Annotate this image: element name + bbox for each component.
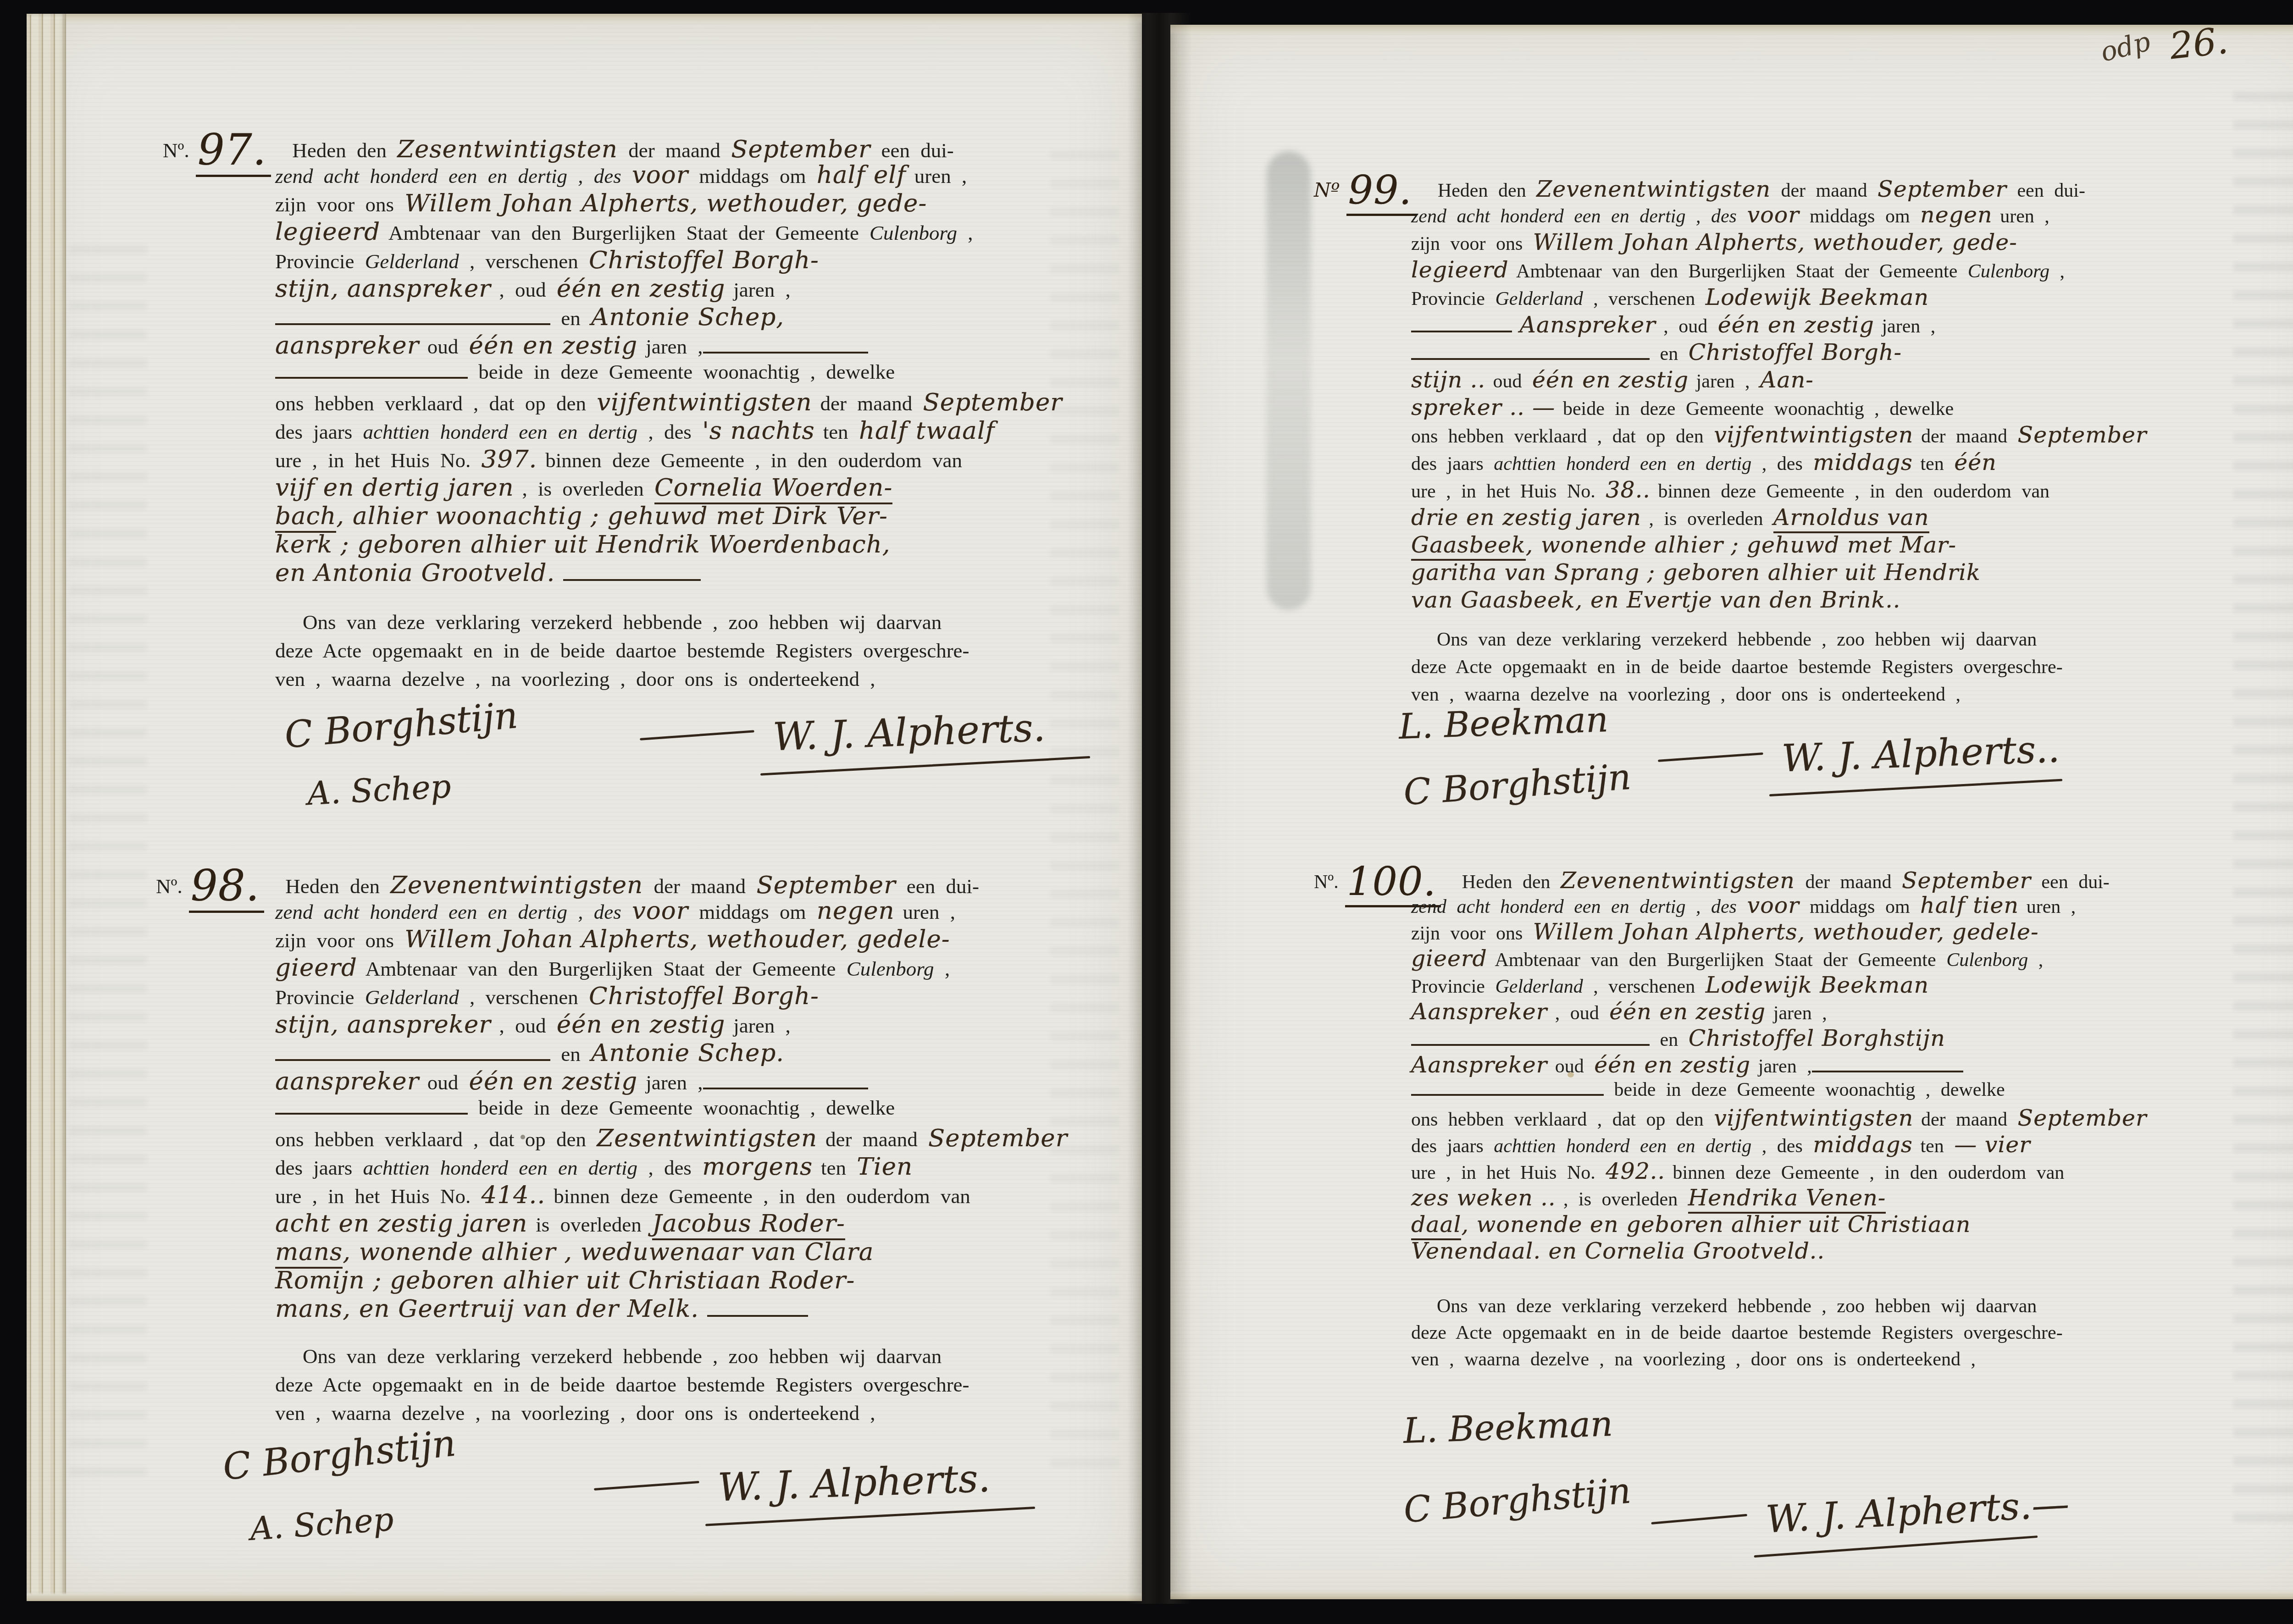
act-100-line-11: des jaars achttien honderd een en dertig… bbox=[1411, 1132, 2031, 1158]
printed-text-italic: Culenborg bbox=[1968, 261, 2049, 282]
act-99-line-10: ons hebben verklaard , dat op den vijfen… bbox=[1411, 423, 2147, 448]
handwritten-text: — vier bbox=[1954, 1132, 2030, 1158]
handwritten-text: Christoffel Borghstijn bbox=[1689, 1025, 1945, 1051]
act-number: 97. bbox=[196, 125, 271, 177]
act-100-line-5: Provincie Gelderland , verschenen Lodewi… bbox=[1411, 973, 1929, 998]
handwritten-text: , wonende alhier ; gehuwd met Mar- bbox=[1526, 532, 1956, 558]
printed-text: beide in deze Gemeente woonachtig , dewe… bbox=[468, 360, 895, 383]
act-98-line-12: ure , in het Huis No. 414.. binnen deze … bbox=[275, 1182, 970, 1209]
act-97-closing-line-3: ven , waarna dezelve , na voorlezing , d… bbox=[275, 668, 875, 690]
act-97-line-11: des jaars achttien honderd een en dertig… bbox=[275, 417, 995, 444]
handwritten-text: voor bbox=[1747, 892, 1799, 918]
blank-fill-rule bbox=[1411, 325, 1512, 332]
act-100-line-10: ons hebben verklaard , dat op den vijfen… bbox=[1411, 1106, 2147, 1131]
handwritten-text: kerk ; geboren alhier uit Hendrik Woerde… bbox=[275, 530, 891, 558]
blank-fill-rule bbox=[1411, 1038, 1650, 1046]
handwritten-text: garitha van Sprang ; geboren alhier uit … bbox=[1411, 559, 1981, 586]
act-98-line-6: stijn, aanspreker , oud één en zestig ja… bbox=[275, 1011, 791, 1038]
printed-text: binnen deze Gemeente , in den ouderdom v… bbox=[545, 449, 962, 472]
printed-text-italic: Gelderland bbox=[365, 986, 459, 1009]
printed-text: Ambtenaar van den Burgerlijken Staat der… bbox=[1516, 261, 1968, 282]
act-98-line-4: gieerd Ambtenaar van den Burgerlijken St… bbox=[275, 954, 950, 981]
printed-text: , des bbox=[1751, 453, 1813, 475]
printed-text-italic: zend acht honderd een en dertig , des bbox=[1411, 896, 1747, 917]
act-97-line-4: legieerd Ambtenaar van den Burgerlijken … bbox=[275, 218, 973, 245]
printed-text: , is overleden bbox=[1649, 508, 1773, 530]
printed-text: middags om bbox=[688, 900, 817, 923]
handwritten-text: van Gaasbeek, en Evertje van den Brink.. bbox=[1411, 587, 1900, 613]
printed-text: jaren , bbox=[733, 278, 790, 301]
page-edge-bottom bbox=[27, 1592, 1142, 1601]
handwritten-text: September bbox=[756, 871, 896, 899]
handwritten-text: Christoffel Borgh- bbox=[1689, 339, 1902, 365]
act-100-closing-line-2: deze Acte opgemaakt en in de beide daart… bbox=[1411, 1322, 2063, 1344]
act-99-line-12: ure , in het Huis No. 38.. binnen deze G… bbox=[1411, 478, 2049, 503]
act-number-label: Nº. bbox=[1314, 872, 1339, 893]
act-98-line-2: zend acht honderd een en dertig , des vo… bbox=[275, 897, 955, 924]
act-97-line-9: beide in deze Gemeente woonachtig , dewe… bbox=[275, 360, 895, 383]
handwritten-name-underlined: Arnoldus van bbox=[1773, 504, 1929, 533]
handwritten-text: Tien bbox=[857, 1153, 913, 1181]
page-edge-stack-left bbox=[27, 14, 66, 1601]
handwritten-text: September bbox=[731, 135, 870, 163]
act-97-line-6: stijn, aanspreker , oud één en zestig ja… bbox=[275, 275, 791, 302]
handwritten-text: legieerd bbox=[1411, 257, 1516, 283]
handwritten-text: 38.. bbox=[1606, 477, 1658, 503]
printed-text: des jaars bbox=[1411, 1136, 1494, 1157]
printed-text: ons hebben verklaard , dat op den bbox=[1411, 1109, 1714, 1130]
printed-text: jaren , bbox=[1758, 1056, 1812, 1077]
handwritten-text: , wonende alhier , weduwenaar van Clara bbox=[343, 1238, 874, 1266]
act-99-line-16: van Gaasbeek, en Evertje van den Brink.. bbox=[1411, 588, 1900, 613]
act-98-closing-line-1: Ons van deze verklaring verzekerd hebben… bbox=[303, 1345, 942, 1368]
printed-text: , verschenen bbox=[459, 250, 589, 273]
printed-text: , oud bbox=[499, 278, 557, 301]
printed-text-italic: Culenborg bbox=[870, 221, 957, 244]
folio-number: 26. bbox=[2168, 19, 2230, 68]
printed-text: en bbox=[1650, 343, 1689, 365]
act-99-line-7: en Christoffel Borgh- bbox=[1411, 340, 1902, 365]
printed-text: jaren , bbox=[1773, 1003, 1827, 1024]
act-number: 98. bbox=[189, 861, 265, 913]
act-99-line-14: Gaasbeek, wonende alhier ; gehuwd met Ma… bbox=[1411, 533, 1956, 558]
printed-text: , bbox=[2049, 261, 2065, 282]
handwritten-text: drie en zestig jaren bbox=[1411, 504, 1649, 530]
act-100-closing-line-3: ven , waarna dezelve , na voorlezing , d… bbox=[1411, 1349, 1976, 1370]
handwritten-name-underlined: Jacobus Roder- bbox=[652, 1210, 845, 1240]
printed-text: uren , bbox=[914, 165, 967, 188]
printed-text: , verschenen bbox=[1583, 976, 1706, 997]
printed-text: binnen deze Gemeente , in den ouderdom v… bbox=[1673, 1162, 2065, 1183]
printed-text: Provincie bbox=[1411, 976, 1495, 997]
handwritten-text: Antonie Schep. bbox=[591, 1039, 784, 1067]
printed-text-italic: zend acht honderd een en dertig , des bbox=[275, 900, 632, 923]
handwritten-text: één en zestig bbox=[469, 331, 646, 359]
handwritten-text: voor bbox=[1747, 202, 1799, 228]
handwritten-text: Zevenentwintigsten bbox=[1536, 176, 1771, 202]
printed-text: ten bbox=[1920, 453, 1954, 475]
ink-smudge bbox=[1267, 151, 1311, 610]
printed-text: der maand bbox=[1921, 1109, 2018, 1130]
printed-text: beide in deze Gemeente woonachtig , dewe… bbox=[468, 1096, 895, 1119]
act-98-closing-line-3: ven , waarna dezelve , na voorlezing , d… bbox=[275, 1402, 875, 1425]
act-100-line-7: en Christoffel Borghstijn bbox=[1411, 1026, 1945, 1051]
printed-text-italic: Culenborg bbox=[1946, 950, 2028, 971]
handwritten-text: September bbox=[2018, 1105, 2147, 1131]
handwritten-text: Lodewijk Beekman bbox=[1706, 284, 1929, 310]
printed-text: uren , bbox=[903, 900, 955, 923]
printed-text: is overleden bbox=[536, 1213, 652, 1236]
act-97-closing-line-2: deze Acte opgemaakt en in de beide daart… bbox=[275, 639, 969, 662]
act-number: 99. bbox=[1346, 168, 1417, 216]
handwritten-text: Willem Johan Alpherts, wethouder, gedele… bbox=[1533, 919, 2039, 945]
printed-text: der maand bbox=[1795, 872, 1902, 893]
printed-text: een dui- bbox=[870, 139, 953, 162]
printed-text: , oud bbox=[1555, 1003, 1610, 1024]
printed-text: binnen deze Gemeente , in den ouderdom v… bbox=[1658, 481, 2049, 502]
printed-text: , verschenen bbox=[1583, 288, 1706, 309]
act-97-line-5: Provincie Gelderland , verschenen Christ… bbox=[275, 247, 819, 274]
printed-text: een dui- bbox=[2007, 180, 2085, 201]
handwritten-text: September bbox=[2018, 422, 2147, 448]
printed-text: oud bbox=[1493, 371, 1533, 392]
printed-text: , des bbox=[1751, 1136, 1813, 1157]
printed-text: ten bbox=[1920, 1136, 1954, 1157]
handwritten-text: negen bbox=[1920, 202, 2000, 228]
handwritten-text: , alhier woonachtig ; gehuwd met Dirk Ve… bbox=[336, 502, 888, 530]
act-100-line-14: daal, wonende en geboren alhier uit Chri… bbox=[1411, 1212, 1971, 1237]
handwritten-text: één en zestig bbox=[1594, 1052, 1758, 1078]
handwritten-text: stijn, aanspreker bbox=[275, 275, 499, 303]
printed-text: ons hebben verklaard , dat op den bbox=[275, 1128, 597, 1151]
handwritten-text: half twaalf bbox=[859, 417, 995, 445]
handwritten-text: Aan- bbox=[1760, 367, 1814, 393]
handwritten-text: Aanspreker bbox=[1411, 999, 1555, 1025]
act-97-line-2: zend acht honderd een en dertig , des vo… bbox=[275, 161, 967, 188]
printed-text: Heden den bbox=[1438, 180, 1536, 201]
handwritten-text: voor bbox=[632, 897, 688, 925]
printed-text: zijn voor ons bbox=[275, 193, 404, 216]
act-97-line-14: bach, alhier woonachtig ; gehuwd met Dir… bbox=[275, 503, 888, 530]
printed-text: , is overleden bbox=[522, 477, 654, 500]
handwritten-text: vijfentwintigsten bbox=[597, 388, 820, 416]
act-99-line-5: Provincie Gelderland , verschenen Lodewi… bbox=[1411, 285, 1929, 310]
printed-text: ons hebben verklaard , dat op den bbox=[1411, 426, 1714, 447]
blank-fill-rule bbox=[275, 1054, 550, 1061]
handwritten-name-underlined: Hendrika Venen- bbox=[1688, 1185, 1886, 1214]
act-97-line-3: zijn voor ons Willem Johan Alpherts, wet… bbox=[275, 190, 927, 217]
printed-text: een dui- bbox=[896, 875, 979, 898]
act-100-line-12: ure , in het Huis No. 492.. binnen deze … bbox=[1411, 1159, 2064, 1184]
printed-text: zijn voor ons bbox=[1411, 923, 1533, 944]
handwritten-text: voor bbox=[632, 161, 688, 189]
printed-text: binnen deze Gemeente , in den ouderdom v… bbox=[554, 1185, 970, 1208]
printed-text: jaren , bbox=[733, 1014, 790, 1037]
act-100-line-2: zend acht honderd een en dertig , des vo… bbox=[1411, 893, 2076, 918]
handwritten-text: spreker .. — bbox=[1411, 394, 1563, 420]
handwritten-text: middags bbox=[1813, 449, 1920, 475]
signature-l-beekman: L. Beekman bbox=[1398, 699, 1609, 747]
printed-text-italic: achttien honderd een en dertig bbox=[1494, 1136, 1751, 1157]
handwritten-text: Antonie Schep, bbox=[591, 303, 784, 331]
printed-text-italic: zend acht honderd een en dertig , des bbox=[275, 165, 632, 188]
act-100-line-9: beide in deze Gemeente woonachtig , dewe… bbox=[1411, 1079, 2005, 1101]
act-number-label: Nº bbox=[1314, 179, 1340, 201]
handwritten-name-underlined: daal bbox=[1411, 1211, 1461, 1240]
act-97-line-8: aanspreker oud één en zestig jaren , bbox=[275, 332, 868, 359]
handwritten-text: mans, en Geertruij van der Melk. bbox=[275, 1295, 707, 1323]
printed-text-italic: Gelderland bbox=[1495, 288, 1583, 309]
act-100-line-15: Venendaal. en Cornelia Grootveld.. bbox=[1411, 1239, 1825, 1264]
handwritten-text: één en zestig bbox=[557, 275, 734, 303]
handwritten-text: half elf bbox=[817, 161, 914, 189]
act-100-line-13: zes weken .. , is overleden Hendrika Ven… bbox=[1411, 1186, 1886, 1211]
handwritten-name-underlined: mans bbox=[275, 1238, 343, 1269]
printed-text: Ambtenaar van den Burgerlijken Staat der… bbox=[1495, 950, 1946, 971]
handwritten-text: gieerd bbox=[275, 954, 366, 982]
handwritten-text: 's nachts bbox=[702, 417, 823, 445]
act-97-line-13: vijf en dertig jaren , is overleden Corn… bbox=[275, 474, 892, 501]
printed-text: Heden den bbox=[285, 875, 390, 898]
blank-fill-rule bbox=[1812, 1065, 1963, 1072]
printed-text: ure , in het Huis No. bbox=[275, 1185, 481, 1208]
printed-text: ten bbox=[821, 1156, 857, 1179]
printed-text: , is overleden bbox=[1563, 1189, 1688, 1210]
printed-text: , bbox=[957, 221, 973, 244]
printed-text: des jaars bbox=[275, 1156, 363, 1179]
printed-text: een dui- bbox=[2031, 872, 2110, 893]
blank-fill-rule bbox=[707, 1309, 808, 1317]
printed-text-italic: achttien honderd een en dertig bbox=[363, 1156, 637, 1179]
blank-fill-rule bbox=[275, 1107, 468, 1115]
printed-text: ons hebben verklaard , dat op den bbox=[275, 392, 597, 415]
act-100-line-6: Aanspreker , oud één en zestig jaren , bbox=[1411, 1000, 1827, 1025]
printed-text: Ambtenaar van den Burgerlijken Staat der… bbox=[388, 221, 870, 244]
handwritten-name-underlined: Gaasbeek bbox=[1411, 532, 1526, 561]
blank-fill-rule bbox=[275, 371, 468, 379]
act-100-line-8: Aanspreker oud één en zestig jaren , bbox=[1411, 1053, 1963, 1078]
handwritten-text: stijn, aanspreker bbox=[275, 1011, 499, 1038]
handwritten-text: één en zestig bbox=[469, 1067, 646, 1095]
handwritten-text: Willem Johan Alpherts, wethouder, gede- bbox=[404, 189, 927, 217]
handwritten-text: September bbox=[1878, 176, 2007, 202]
printed-text: zijn voor ons bbox=[275, 929, 404, 952]
handwritten-text: gieerd bbox=[1411, 945, 1495, 972]
handwritten-text: September bbox=[928, 1124, 1068, 1152]
printed-text: ure , in het Huis No. bbox=[1411, 1162, 1606, 1183]
printed-text: jaren , bbox=[646, 335, 703, 358]
act-99-line-3: zijn voor ons Willem Johan Alpherts, wet… bbox=[1411, 230, 2017, 255]
act-98-line-10: ons hebben verklaard , dat op den Zesent… bbox=[275, 1125, 1068, 1152]
handwritten-text: één en zestig bbox=[1718, 312, 1882, 338]
printed-text: jaren , bbox=[1696, 371, 1760, 392]
handwritten-text: , wonende en geboren alhier uit Christia… bbox=[1461, 1211, 1971, 1237]
handwritten-text: Willem Johan Alpherts, wethouder, gedele… bbox=[404, 925, 950, 953]
printed-text: Heden den bbox=[292, 139, 397, 162]
handwritten-text: half tien bbox=[1920, 892, 2027, 918]
printed-text: beide in deze Gemeente woonachtig , dewe… bbox=[1604, 1079, 2005, 1100]
act-99-closing-line-1: Ons van deze verklaring verzekerd hebben… bbox=[1437, 629, 2037, 651]
act-99-closing-line-2: deze Acte opgemaakt en in de beide daart… bbox=[1411, 657, 2063, 678]
handwritten-text: Zevenentwintigsten bbox=[390, 871, 643, 899]
printed-text: uren , bbox=[2027, 896, 2076, 917]
act-98-line-15: Romijn ; geboren alhier uit Christiaan R… bbox=[275, 1267, 855, 1294]
handwritten-text: aanspreker bbox=[275, 1067, 427, 1095]
handwritten-text: stijn .. bbox=[1411, 367, 1493, 393]
handwritten-text: 397. bbox=[481, 445, 545, 473]
handwritten-text: aanspreker bbox=[275, 331, 427, 359]
act-97-line-16: en Antonia Grootveld. bbox=[275, 559, 701, 586]
handwritten-text: acht en zestig jaren bbox=[275, 1210, 536, 1237]
handwritten-text: morgens bbox=[702, 1153, 821, 1181]
act-99-line-8: stijn .. oud één en zestig jaren , Aan- bbox=[1411, 368, 1814, 393]
act-97-line-12: ure , in het Huis No. 397. binnen deze G… bbox=[275, 446, 962, 473]
act-97-line-15: kerk ; geboren alhier uit Hendrik Woerde… bbox=[275, 531, 891, 558]
handwritten-text: Christoffel Borgh- bbox=[589, 982, 819, 1010]
folio-annotation: odp bbox=[2097, 26, 2153, 68]
handwritten-name-underlined: Cornelia Woerden- bbox=[654, 474, 892, 504]
handwritten-text: Venendaal. en Cornelia Grootveld.. bbox=[1411, 1238, 1825, 1264]
handwritten-text: Zevenentwintigsten bbox=[1561, 867, 1795, 894]
handwritten-text: en Antonia Grootveld. bbox=[275, 559, 563, 587]
printed-text-italic: Culenborg bbox=[847, 957, 934, 980]
printed-text: der maand bbox=[1771, 180, 1878, 201]
printed-text: , oud bbox=[1663, 316, 1718, 337]
signature-w-j-alpherts: W. J. Alpherts. bbox=[772, 705, 1046, 760]
printed-text: middags om bbox=[688, 165, 817, 188]
act-99-line-15: garitha van Sprang ; geboren alhier uit … bbox=[1411, 560, 1981, 586]
folio-header: odp26. bbox=[2100, 22, 2228, 65]
handwritten-text: één en zestig bbox=[557, 1011, 734, 1038]
printed-text-italic: achttien honderd een en dertig bbox=[363, 420, 637, 443]
printed-text: Provincie bbox=[275, 250, 365, 273]
printed-text: jaren , bbox=[1882, 316, 1935, 337]
printed-text: uren , bbox=[2000, 206, 2049, 227]
printed-text: oud bbox=[427, 335, 469, 358]
printed-text: oud bbox=[1555, 1056, 1595, 1077]
printed-text: ure , in het Huis No. bbox=[275, 449, 481, 472]
signature-l-beekman: L. Beekman bbox=[1403, 1403, 1614, 1451]
printed-text: Heden den bbox=[1462, 872, 1561, 893]
act-98-line-14: mans, wonende alhier , weduwenaar van Cl… bbox=[275, 1238, 874, 1265]
handwritten-text: 414.. bbox=[481, 1181, 554, 1209]
act-99-line-2: zend acht honderd een en dertig , des vo… bbox=[1411, 203, 2049, 228]
printed-text: der maand bbox=[825, 1128, 928, 1151]
handwritten-text: één en zestig bbox=[1532, 367, 1696, 393]
printed-text-italic: achttien honderd een en dertig bbox=[1494, 453, 1751, 475]
act-99-line-11: des jaars achttien honderd een en dertig… bbox=[1411, 450, 1997, 475]
blank-fill-rule bbox=[703, 1082, 868, 1089]
printed-text-italic: zend acht honderd een en dertig , des bbox=[1411, 206, 1747, 227]
handwritten-text: vijf en dertig jaren bbox=[275, 474, 522, 502]
printed-text: middags om bbox=[1800, 896, 1921, 917]
printed-text: en bbox=[1650, 1029, 1689, 1050]
printed-text: Provincie bbox=[275, 986, 365, 1009]
act-number-label: Nº. bbox=[156, 875, 183, 898]
signature-a-schep: A. Schep bbox=[306, 768, 452, 812]
act-100-line-3: zijn voor ons Willem Johan Alpherts, wet… bbox=[1411, 920, 2039, 945]
act-98-closing-line-2: deze Acte opgemaakt en in de beide daart… bbox=[275, 1373, 969, 1396]
printed-text: der maand bbox=[618, 139, 731, 162]
handwritten-text: één en zestig bbox=[1609, 999, 1773, 1025]
act-98-line-11: des jaars achttien honderd een en dertig… bbox=[275, 1153, 913, 1180]
printed-text: der maand bbox=[1921, 426, 2018, 447]
register-book-scan: odp26. Nº.97.Heden den Zesentwintigsten … bbox=[0, 0, 2293, 1624]
act-97-line-10: ons hebben verklaard , dat op den vijfen… bbox=[275, 389, 1063, 416]
handwritten-text: Zesentwintigsten bbox=[397, 135, 618, 163]
signature-w-j-alpherts: W. J. Alpherts. bbox=[717, 1456, 991, 1510]
handwritten-text: middags bbox=[1813, 1132, 1920, 1158]
printed-text: oud bbox=[427, 1071, 469, 1094]
blank-fill-rule bbox=[563, 574, 701, 581]
blank-fill-rule bbox=[703, 346, 868, 354]
printed-text: , verschenen bbox=[459, 986, 589, 1009]
printed-text: ten bbox=[823, 420, 859, 443]
handwritten-text: September bbox=[923, 388, 1062, 416]
act-98-line-7: en Antonie Schep. bbox=[275, 1039, 784, 1066]
printed-text: , bbox=[934, 957, 950, 980]
page-edge-bottom bbox=[1170, 1590, 2293, 1599]
blank-fill-rule bbox=[275, 318, 550, 325]
printed-text-italic: Gelderland bbox=[1495, 976, 1583, 997]
printed-text: , bbox=[2028, 950, 2043, 971]
printed-text: middags om bbox=[1800, 206, 1921, 227]
handwritten-text: legieerd bbox=[275, 218, 388, 246]
act-100-line-4: gieerd Ambtenaar van den Burgerlijken St… bbox=[1411, 946, 2043, 972]
printed-text: zijn voor ons bbox=[1411, 233, 1533, 254]
act-98-line-13: acht en zestig jaren is overleden Jacobu… bbox=[275, 1210, 845, 1237]
handwritten-text: Aanspreker bbox=[1512, 312, 1663, 338]
blank-fill-rule bbox=[1411, 353, 1650, 360]
handwritten-name-underlined: bach bbox=[275, 502, 336, 533]
printed-text: , des bbox=[637, 1156, 702, 1179]
act-99-line-6: Aanspreker , oud één en zestig jaren , bbox=[1411, 313, 1935, 338]
printed-text: en bbox=[550, 1043, 591, 1066]
handwritten-text: zes weken .. bbox=[1411, 1185, 1563, 1211]
handwritten-text: één bbox=[1954, 449, 1997, 475]
printed-text-italic: Gelderland bbox=[365, 250, 459, 273]
printed-text: , des bbox=[637, 420, 702, 443]
act-98-line-16: mans, en Geertruij van der Melk. bbox=[275, 1295, 808, 1322]
handwritten-text: Lodewijk Beekman bbox=[1706, 972, 1929, 998]
handwritten-text: Zesentwintigsten bbox=[597, 1124, 825, 1152]
handwritten-text: 492.. bbox=[1606, 1158, 1673, 1184]
printed-text: en bbox=[550, 307, 591, 330]
handwritten-text: Christoffel Borgh- bbox=[589, 246, 819, 274]
page-edge-top bbox=[27, 14, 1142, 25]
printed-text: der maand bbox=[820, 392, 923, 415]
printed-text: jaren , bbox=[646, 1071, 703, 1094]
blank-fill-rule bbox=[1411, 1088, 1604, 1096]
act-99-line-4: legieerd Ambtenaar van den Burgerlijken … bbox=[1411, 258, 2065, 283]
printed-text: der maand bbox=[643, 875, 756, 898]
act-100-closing-line-1: Ons van deze verklaring verzekerd hebben… bbox=[1437, 1296, 2037, 1317]
act-number-label: Nº. bbox=[163, 139, 189, 162]
handwritten-text: vijfentwintigsten bbox=[1714, 422, 1921, 448]
handwritten-text: negen bbox=[817, 897, 903, 925]
act-99-line-13: drie en zestig jaren , is overleden Arno… bbox=[1411, 505, 1929, 530]
printed-text: ure , in het Huis No. bbox=[1411, 481, 1606, 502]
printed-text: beide in deze Gemeente woonachtig , dewe… bbox=[1563, 398, 1954, 420]
printed-text: des jaars bbox=[1411, 453, 1494, 475]
handwritten-text: Romijn ; geboren alhier uit Christiaan R… bbox=[275, 1266, 855, 1294]
printed-text: Provincie bbox=[1411, 288, 1495, 309]
act-98-line-3: zijn voor ons Willem Johan Alpherts, wet… bbox=[275, 926, 950, 953]
act-98-line-9: beide in deze Gemeente woonachtig , dewe… bbox=[275, 1096, 895, 1119]
printed-text: Ambtenaar van den Burgerlijken Staat der… bbox=[366, 957, 847, 980]
printed-text: des jaars bbox=[275, 420, 363, 443]
act-98-line-5: Provincie Gelderland , verschenen Christ… bbox=[275, 983, 819, 1010]
